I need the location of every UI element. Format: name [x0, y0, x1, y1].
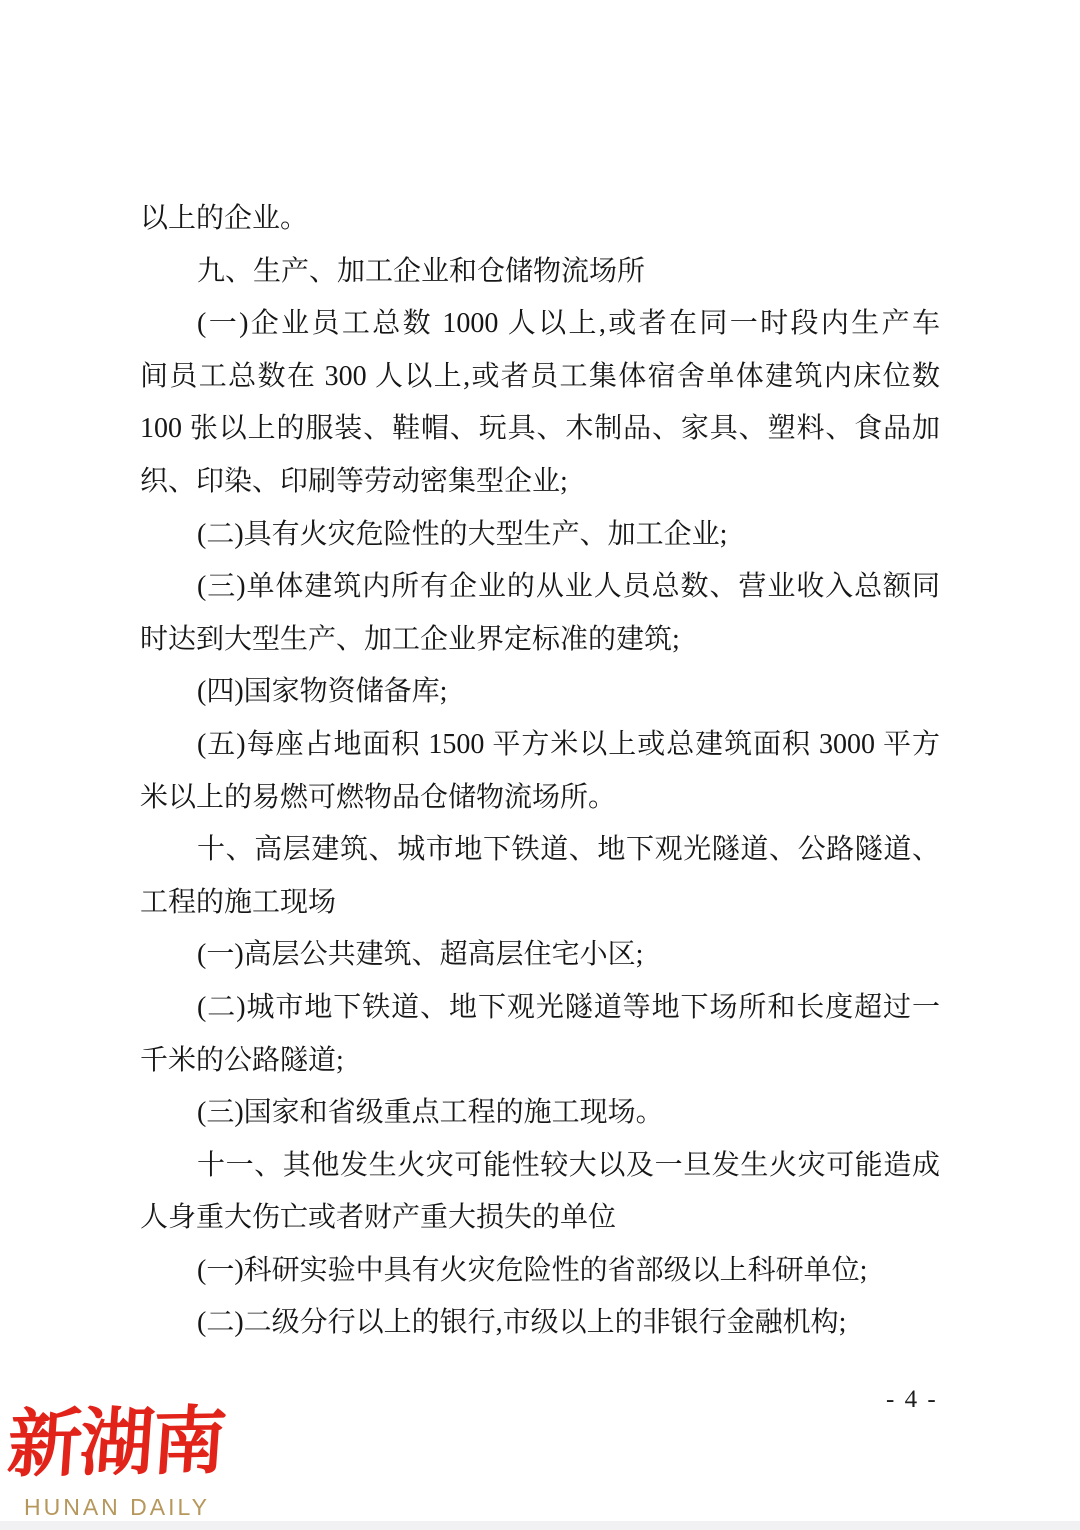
document-page: 以上的企业。九、生产、加工企业和仓储物流场所(一)企业员工总数 1000 人以上…: [0, 0, 1080, 1530]
logo-chinese-text: 新湖南: [4, 1394, 231, 1494]
text-line: (五)每座占地面积 1500 平方米以上或总建筑面积 3000 平方: [140, 719, 940, 772]
text-line: 时达到大型生产、加工企业界定标准的建筑;: [140, 614, 940, 667]
text-line: 人身重大伤亡或者财产重大损失的单位: [140, 1192, 940, 1245]
text-line: 米以上的易燃可燃物品仓储物流场所。: [140, 772, 940, 825]
text-line: 十一、其他发生火灾可能性较大以及一旦发生火灾可能造成: [140, 1140, 940, 1193]
text-line: (三)国家和省级重点工程的施工现场。: [140, 1087, 940, 1140]
text-line: (一)企业员工总数 1000 人以上,或者在同一时段内生产车: [140, 298, 940, 351]
text-line: 十、高层建筑、城市地下铁道、地下观光隧道、公路隧道、重点: [140, 824, 940, 877]
text-line: (二)城市地下铁道、地下观光隧道等地下场所和长度超过一: [140, 982, 940, 1035]
text-line: 100 张以上的服装、鞋帽、玩具、木制品、家具、塑料、食品加工、纺: [140, 403, 940, 456]
text-line: 间员工总数在 300 人以上,或者员工集体宿舍单体建筑内床位数: [140, 351, 940, 404]
text-line: (一)高层公共建筑、超高层住宅小区;: [140, 929, 940, 982]
text-line: 以上的企业。: [140, 193, 940, 246]
text-line: 九、生产、加工企业和仓储物流场所: [140, 246, 940, 299]
text-line: (四)国家物资储备库;: [140, 666, 940, 719]
logo-english-text: HUNAN DAILY: [24, 1494, 210, 1521]
text-line: 织、印染、印刷等劳动密集型企业;: [140, 456, 940, 509]
document-body: 以上的企业。九、生产、加工企业和仓储物流场所(一)企业员工总数 1000 人以上…: [140, 193, 940, 1350]
text-line: (三)单体建筑内所有企业的从业人员总数、营业收入总额同: [140, 561, 940, 614]
bottom-strip: [0, 1521, 1080, 1530]
text-line: (二)二级分行以上的银行,市级以上的非银行金融机构;: [140, 1297, 940, 1350]
text-line: 千米的公路隧道;: [140, 1035, 940, 1088]
text-line: 工程的施工现场: [140, 877, 940, 930]
text-line: (二)具有火灾危险性的大型生产、加工企业;: [140, 509, 940, 562]
text-line: (一)科研实验中具有火灾危险性的省部级以上科研单位;: [140, 1245, 940, 1298]
page-number: - 4 -: [886, 1386, 938, 1414]
